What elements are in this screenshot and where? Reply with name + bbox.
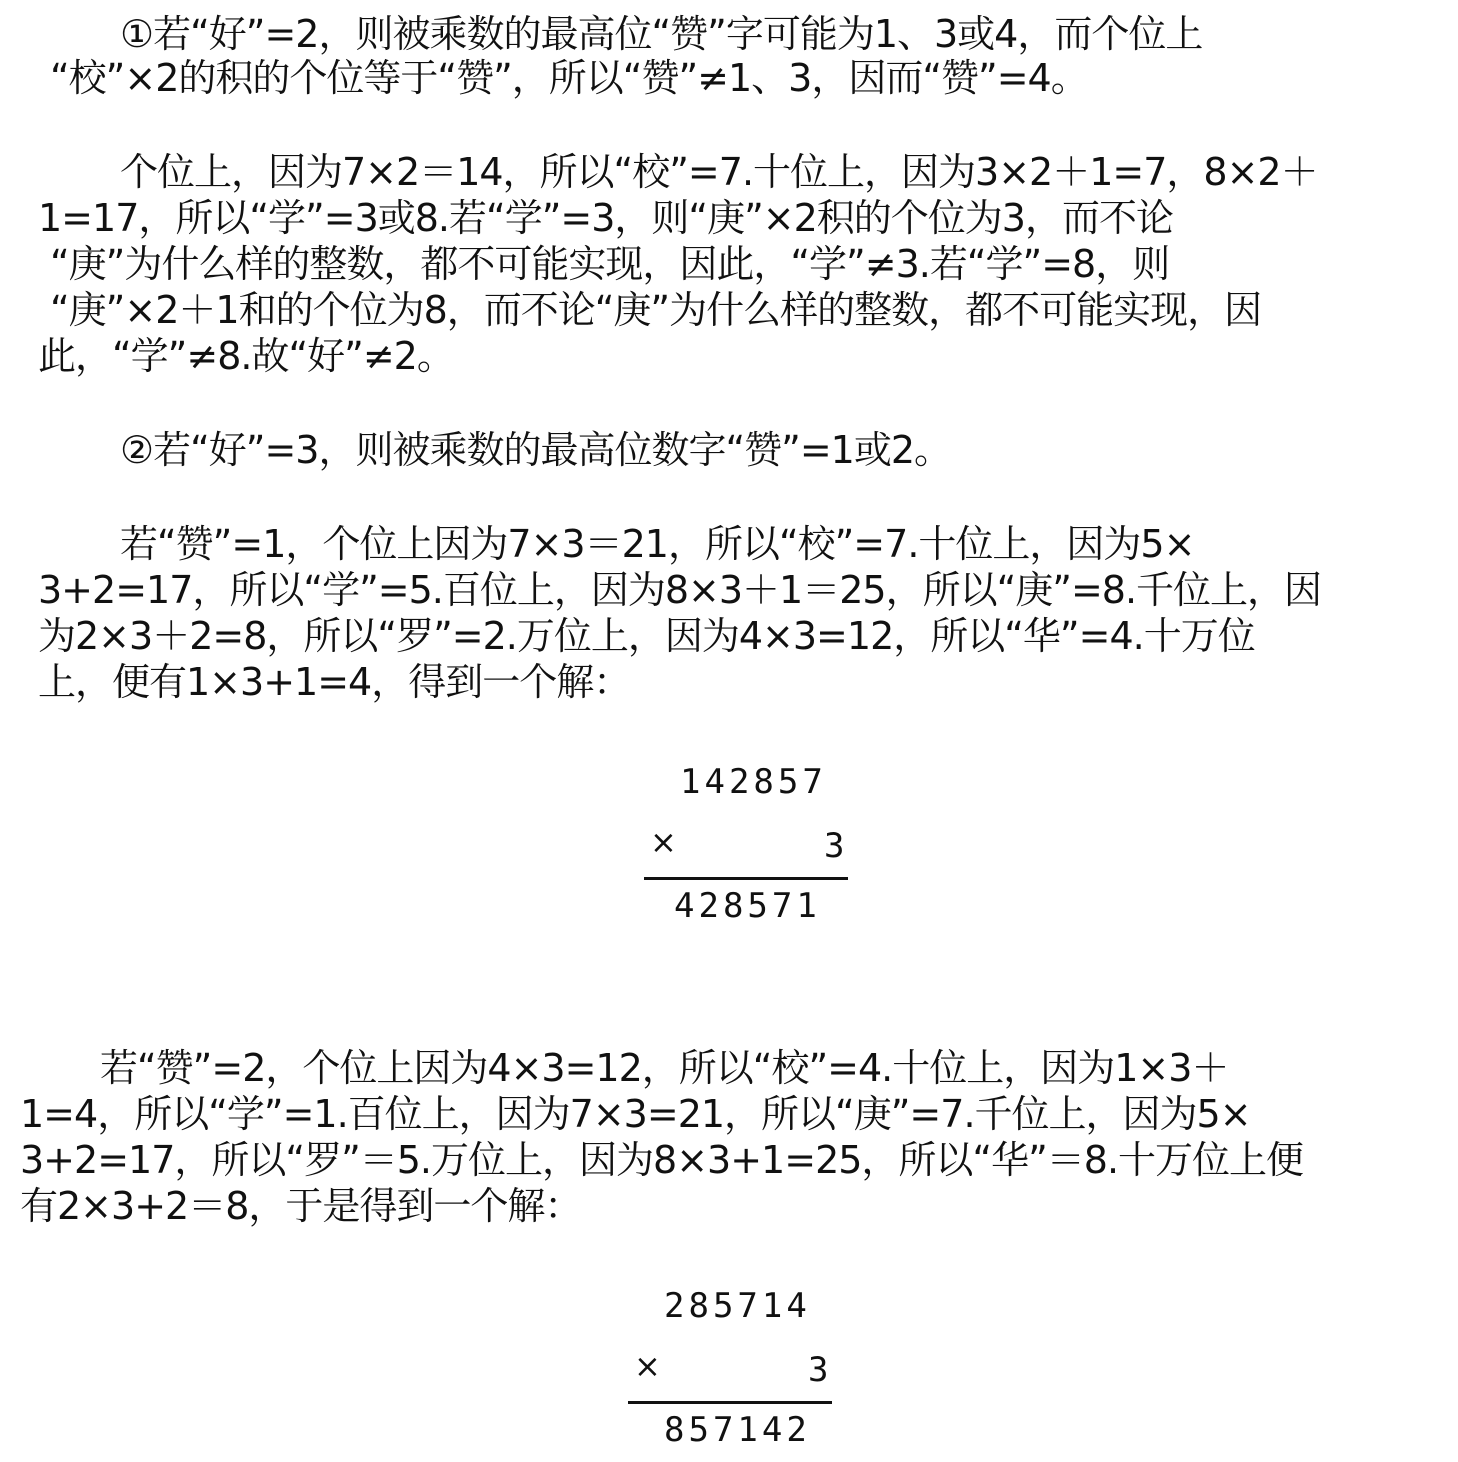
text-line: 此，“学”≠8.故“好”≠2。 <box>38 334 454 378</box>
text-line: 为2×3＋2=8，所以“罗”=2.万位上，因为4×3=12，所以“华”=4.十万… <box>38 614 1255 658</box>
multiplication-solution-1: 142857 × 3 428571 <box>640 760 860 930</box>
result-rule <box>628 1401 832 1404</box>
text-line: 个位上，因为7×2＝14，所以“校”=7.十位上，因为3×2＋1=7，8×2＋ <box>120 150 1318 194</box>
multiplicand: 285714 <box>664 1286 811 1326</box>
text-line: 3+2=17，所以“罗”＝5.万位上，因为8×3+1=25，所以“华”＝8.十万… <box>20 1138 1303 1182</box>
text-line: ②若“好”=3，则被乘数的最高位数字“赞”=1或2。 <box>120 428 951 472</box>
text-line: 1=17，所以“学”=3或8.若“学”=3，则“庚”×2积的个位为3，而不论 <box>38 196 1173 240</box>
multiplicand: 142857 <box>680 762 827 802</box>
multiplication-solution-2: 285714 × 3 857142 <box>624 1284 844 1454</box>
text-line: “庚”为什么样的整数，都不可能实现，因此，“学”≠3.若“学”=8，则 <box>50 242 1169 286</box>
text-line: 1=4，所以“学”=1.百位上，因为7×3=21，所以“庚”=7.千位上，因为5… <box>20 1092 1251 1136</box>
text-line: 有2×3+2＝8，于是得到一个解： <box>20 1184 581 1228</box>
multiply-operator: × <box>634 1346 661 1386</box>
text-line: “庚”×2＋1和的个位为8，而不论“庚”为什么样的整数，都不可能实现，因 <box>50 288 1261 332</box>
product: 428571 <box>674 886 821 926</box>
multiplier: 3 <box>808 1350 832 1390</box>
text-line: 若“赞”=1，个位上因为7×3＝21，所以“校”=7.十位上，因为5× <box>120 522 1194 566</box>
text-line: ①若“好”=2，则被乘数的最高位“赞”字可能为1、3或4，而个位上 <box>120 12 1202 56</box>
text-line: 上，便有1×3+1=4，得到一个解： <box>38 660 630 704</box>
multiply-operator: × <box>650 822 677 862</box>
text-line: 3+2=17，所以“学”=5.百位上，因为8×3＋1＝25，所以“庚”=8.千位… <box>38 568 1321 612</box>
result-rule <box>644 877 848 880</box>
product: 857142 <box>664 1410 811 1450</box>
text-line: 若“赞”=2，个位上因为4×3=12，所以“校”=4.十位上，因为1×3＋ <box>100 1046 1228 1090</box>
text-line: “校”×2的积的个位等于“赞”，所以“赞”≠1、3，因而“赞”=4。 <box>50 56 1088 100</box>
multiplier: 3 <box>824 826 848 866</box>
